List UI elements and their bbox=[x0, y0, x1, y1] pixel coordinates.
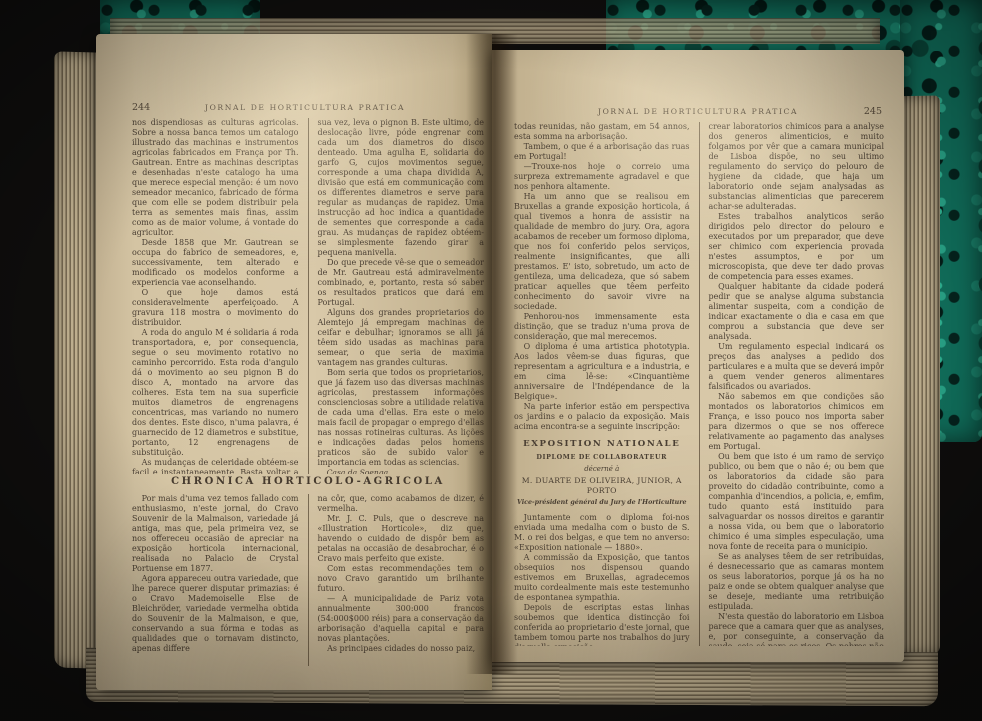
text-block-hcenter: EXPOSITION NATIONALE bbox=[514, 439, 690, 449]
chronica-column-2: na côr, que, como acabamos de dizer, é v… bbox=[308, 494, 485, 666]
text-block-hname: M. DUARTE DE OLIVEIRA, JUNIOR, A PORTO bbox=[514, 476, 690, 496]
text-block-p: Não sabemos em que condições são montado… bbox=[709, 392, 885, 452]
chronica-column-1: Por mais d'uma vez temos fallado com ent… bbox=[132, 494, 308, 666]
left-page-chronica-columns: Por mais d'uma vez temos fallado com ent… bbox=[132, 494, 484, 666]
text-block-p: Do que precede vê-se que o semeador de M… bbox=[318, 258, 485, 308]
text-block-p: Com estas recommendações tem o novo Crav… bbox=[318, 564, 485, 594]
text-block-p: Um regulamento especial indicará os preç… bbox=[709, 342, 885, 392]
right-page-column-2: crear laboratorios chimicos para a analy… bbox=[699, 122, 885, 646]
text-block-p: Agora appareceu outra variedade, que lhe… bbox=[132, 574, 299, 654]
right-running-title: JORNAL DE HORTICULTURA PRATICA bbox=[544, 107, 852, 116]
text-block-cont: na côr, que, como acabamos de dizer, é v… bbox=[318, 494, 485, 514]
right-page-main-columns: todas reunidas, não gastam, em 54 annos,… bbox=[514, 122, 884, 646]
text-block-p: Alguns dos grandes proprietarios do Alem… bbox=[318, 308, 485, 368]
text-block-p: Estes trabalhos analyticos serão dirigid… bbox=[709, 212, 885, 282]
text-block-cont: sua vez, leva o pignon B. Este ultimo, d… bbox=[318, 118, 485, 258]
left-page-column-1: nos dispendiosas as culturas agricolas. … bbox=[132, 118, 308, 474]
left-running-head: 244 JORNAL DE HORTICULTURA PRATICA bbox=[132, 102, 478, 113]
text-block-p: Depois de escriptas estas linhas soubemo… bbox=[514, 603, 690, 646]
right-page-column-1: todas reunidas, não gastam, em 54 annos,… bbox=[514, 122, 699, 646]
text-block-p: Mr. J. C. Puls, que o descreve na «Illus… bbox=[318, 514, 485, 564]
text-block-p: Juntamente com o diploma foi-nos enviada… bbox=[514, 513, 690, 553]
text-block-p: Tambem, o que é a arborisação das ruas e… bbox=[514, 142, 690, 162]
page-edge-stack-left bbox=[54, 51, 100, 668]
text-block-p: Ha um anno que se realisou em Bruxellas … bbox=[514, 192, 690, 312]
text-block-p: O diploma é uma artistica phototypia. Ao… bbox=[514, 342, 690, 402]
text-block-hsmall: DIPLOME DE COLLABORATEUR bbox=[514, 452, 690, 462]
right-page-number: 245 bbox=[852, 106, 882, 117]
right-running-head: JORNAL DE HORTICULTURA PRATICA 245 bbox=[514, 106, 882, 117]
left-page-column-2: sua vez, leva o pignon B. Este ultimo, d… bbox=[308, 118, 485, 474]
text-block-place: Casa da Soenga. bbox=[318, 468, 485, 474]
text-block-p: Por mais d'uma vez temos fallado com ent… bbox=[132, 494, 299, 574]
photo-of-open-book: { "palette":{"cover_teal":"#11735f","pag… bbox=[0, 0, 982, 721]
text-block-p: Ou bem que isto é um ramo de serviço pub… bbox=[709, 452, 885, 552]
left-page-number: 244 bbox=[132, 102, 162, 113]
text-block-p: A roda do angulo M é solidaria á roda tr… bbox=[132, 328, 299, 458]
text-block-hitalic: décerné à bbox=[514, 464, 690, 474]
text-block-p: Bom seria que todos os proprietarios, qu… bbox=[318, 368, 485, 468]
section-heading-chronica: CHRONICA HORTICOLO-AGRICOLA bbox=[132, 476, 484, 487]
text-block-cont: todas reunidas, não gastam, em 54 annos,… bbox=[514, 122, 690, 142]
text-block-cont: crear laboratorios chimicos para a analy… bbox=[709, 122, 885, 212]
text-block-p: O que hoje damos está consideravelmente … bbox=[132, 288, 299, 328]
text-block-p: Qualquer habitante da cidade poderá pedi… bbox=[709, 282, 885, 342]
text-block-p: As mudanças de celeridade obtéem-se faci… bbox=[132, 458, 299, 474]
text-block-p: Na parte inferior estão em perspectiva o… bbox=[514, 402, 690, 432]
text-block-hsub: Vice-président général du Jury de l'Hort… bbox=[514, 498, 690, 508]
text-block-cont: nos dispendiosas as culturas agricolas. … bbox=[132, 118, 299, 238]
text-block-p: N'esta questão do laboratorio em Lisboa … bbox=[709, 612, 885, 646]
text-block-p: — A municipalidade de Pariz vota annualm… bbox=[318, 594, 485, 644]
right-page: JORNAL DE HORTICULTURA PRATICA 245 todas… bbox=[492, 50, 904, 662]
left-page: 244 JORNAL DE HORTICULTURA PRATICA nos d… bbox=[96, 34, 492, 690]
text-block-p: Penhorou-nos immensamente esta distinção… bbox=[514, 312, 690, 342]
text-block-p: —Trouxe-nos hoje o correio uma surpreza … bbox=[514, 162, 690, 192]
left-running-title: JORNAL DE HORTICULTURA PRATICA bbox=[162, 103, 448, 112]
left-page-main-columns: nos dispendiosas as culturas agricolas. … bbox=[132, 118, 484, 474]
text-block-p: Desde 1858 que Mr. Gautrean se occupa do… bbox=[132, 238, 299, 288]
text-block-p: A commissão da Exposição, que tantos obs… bbox=[514, 553, 690, 603]
text-block-p: Se as analyses têem de ser retribuidas, … bbox=[709, 552, 885, 612]
text-block-p: As principaes cidades do nosso paiz, bbox=[318, 644, 485, 654]
